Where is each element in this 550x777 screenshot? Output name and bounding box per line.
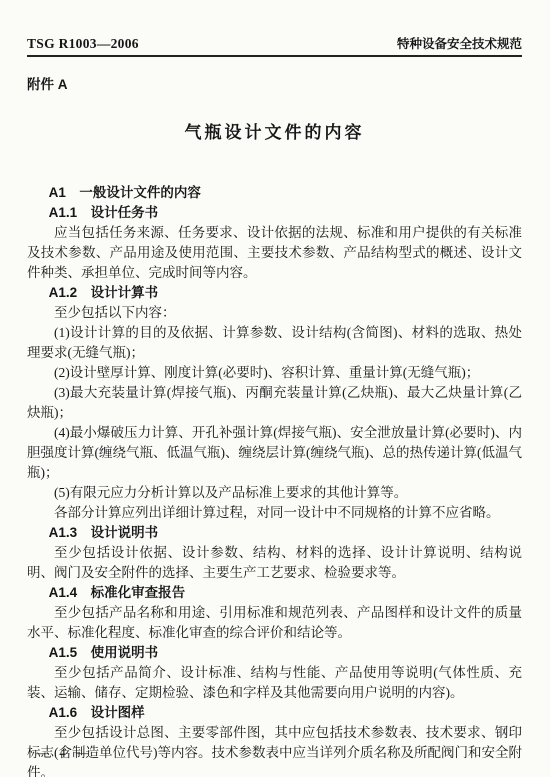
- page-header: TSG R1003—2006 特种设备安全技术规范: [27, 34, 522, 52]
- paragraph: (2)设计壁厚计算、刚度计算(必要时)、容积计算、重量计算(无缝气瓶)；: [27, 363, 522, 383]
- paragraph: (1)设计计算的目的及依据、计算参数、设计结构(含简图)、材料的选取、热处理要求…: [27, 323, 522, 363]
- page-footer: — 4 —: [36, 745, 90, 761]
- header-divider: [27, 55, 522, 57]
- section-heading: A1.5 使用说明书: [27, 643, 522, 663]
- page-number: — 4 —: [36, 745, 90, 760]
- paragraph: 至少包括设计依据、设计参数、结构、材料的选择、设计计算说明、结构说明、阀门及安全…: [27, 543, 522, 583]
- section-heading: A1.6 设计图样: [27, 703, 522, 723]
- paragraph: 至少包括产品名称和用途、引用标准和规范列表、产品图样和设计文件的质量水平、标准化…: [27, 603, 522, 643]
- section-heading: A1.1 设计任务书: [27, 203, 522, 223]
- document-title: 气瓶设计文件的内容: [27, 118, 522, 143]
- paragraph: 应当包括任务来源、任务要求、设计依据的法规、标准和用户提供的有关标准及技术参数、…: [27, 223, 522, 283]
- paragraph: 至少包括设计总图、主要零部件图，其中应包括技术参数表、技术要求、钢印标志(含制造…: [27, 723, 522, 777]
- document-page: TSG R1003—2006 特种设备安全技术规范 附件 A 气瓶设计文件的内容…: [0, 0, 550, 777]
- paragraph: (5)有限元应力分析计算以及产品标准上要求的其他计算等。: [27, 483, 522, 503]
- specification-name: 特种设备安全技术规范: [397, 34, 522, 52]
- paragraph: (3)最大充装量计算(焊接气瓶)、丙酮充装量计算(乙炔瓶)、最大乙炔量计算(乙炔…: [27, 383, 522, 423]
- document-code: TSG R1003—2006: [27, 36, 139, 52]
- section-heading: A1.3 设计说明书: [27, 523, 522, 543]
- document-body: A1 一般设计文件的内容A1.1 设计任务书应当包括任务来源、任务要求、设计依据…: [27, 183, 522, 777]
- paragraph: 至少包括以下内容：: [27, 303, 522, 323]
- paragraph: 各部分计算应列出详细计算过程，对同一设计中不同规格的计算不应省略。: [27, 503, 522, 523]
- paragraph: 至少包括产品简介、设计标准、结构与性能、产品使用等说明(气体性质、充装、运输、储…: [27, 663, 522, 703]
- paragraph: (4)最小爆破压力计算、开孔补强计算(焊接气瓶)、安全泄放量计算(必要时)、内胆…: [27, 423, 522, 483]
- section-heading: A1.4 标准化审查报告: [27, 583, 522, 603]
- section-heading: A1.2 设计计算书: [27, 283, 522, 303]
- attachment-label: 附件 A: [27, 73, 522, 93]
- section-heading: A1 一般设计文件的内容: [27, 183, 522, 203]
